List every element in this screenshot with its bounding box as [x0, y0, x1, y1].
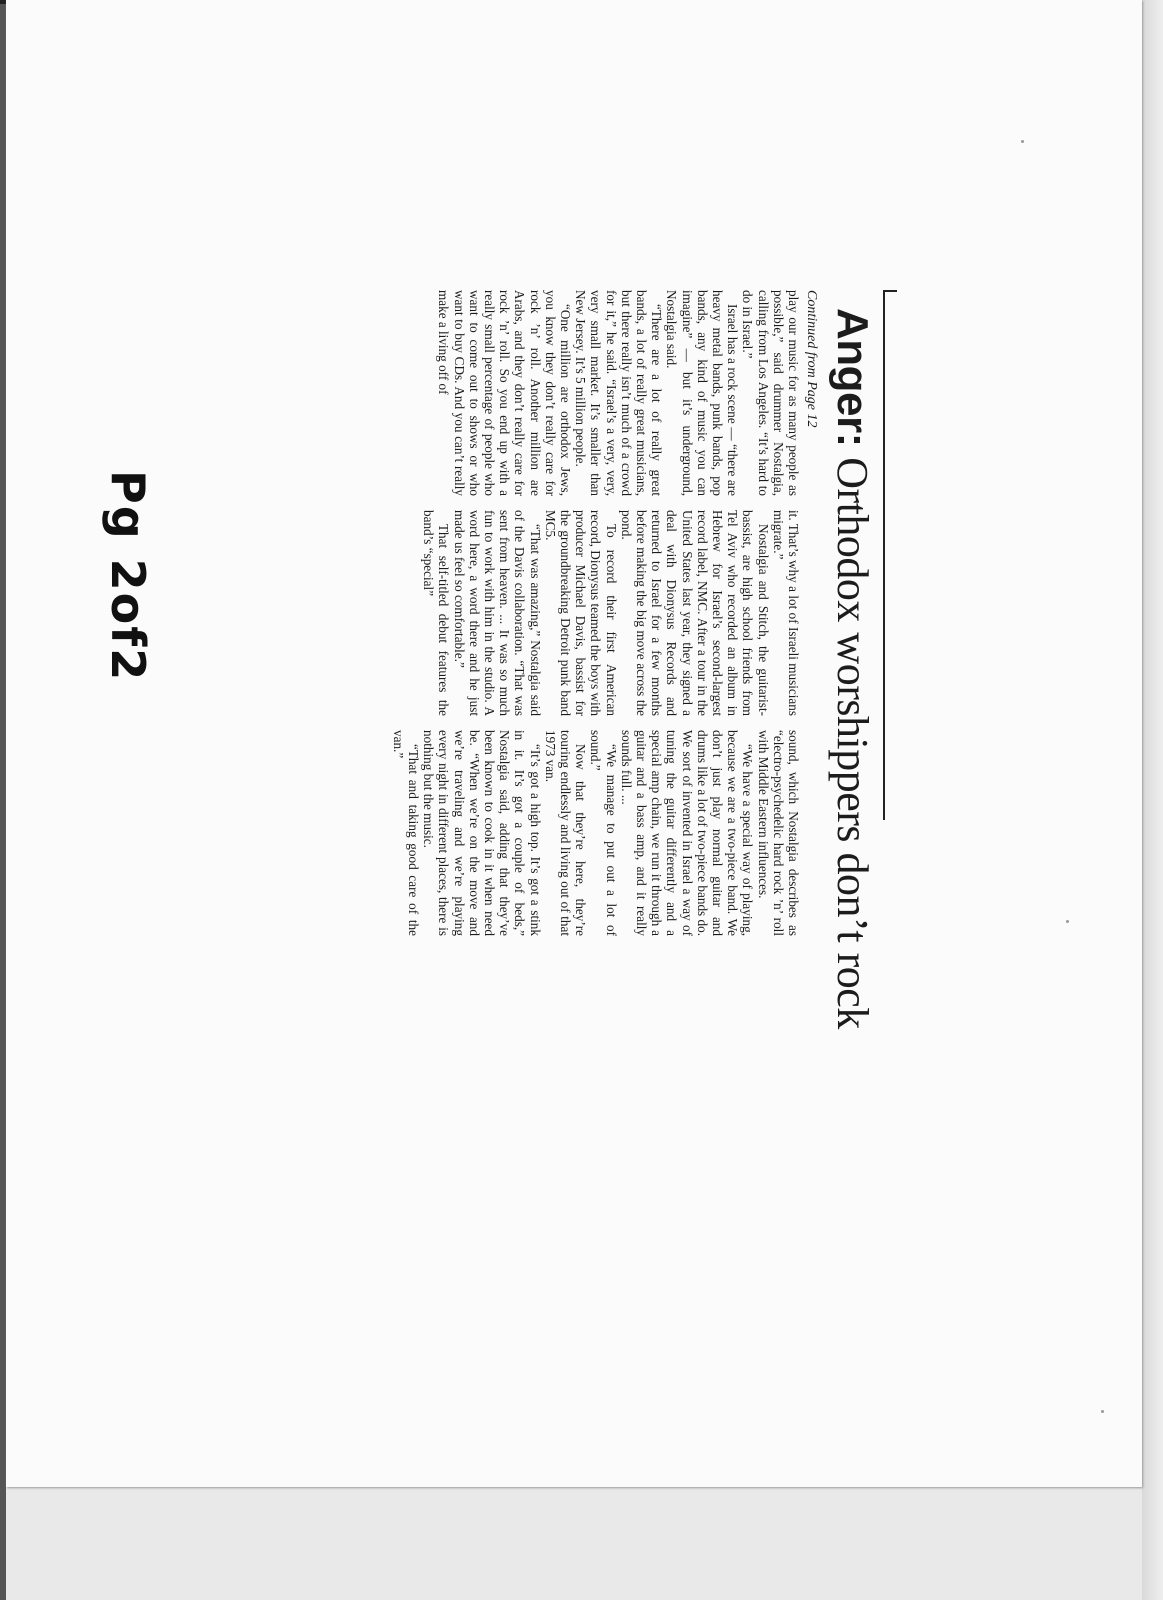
paragraph: play our music for as many people as pos… — [740, 290, 801, 496]
rule-tick — [885, 290, 897, 292]
handwritten-page-note: Pg 2of2 — [95, 470, 155, 680]
continued-from-line: Continued from Page 12 — [803, 290, 819, 428]
paper-speck — [1101, 1410, 1104, 1413]
page-shadow-edge — [1142, 0, 1163, 1600]
paragraph: “We have a special way of playing, becau… — [619, 730, 756, 936]
header-rule — [883, 290, 885, 820]
column-3: sound, which Nostalgia describes as “ele… — [391, 730, 801, 936]
paragraph: “One million are orthodox Jews, you know… — [436, 290, 573, 496]
paragraph: “That and taking good care of the van.” — [391, 730, 421, 936]
article-columns: play our music for as many people as pos… — [391, 290, 801, 936]
paragraph: Now that they’re here, they’re touring e… — [543, 730, 589, 936]
paragraph: To record their first American record, D… — [543, 510, 619, 716]
paragraph: it. That’s why a lot of Israeli musician… — [771, 510, 801, 716]
paragraph: “It’s got a high top. It’s got a stink i… — [421, 730, 543, 936]
handwritten-text: Pg 2of2 — [101, 470, 155, 682]
column-2: it. That’s why a lot of Israeli musician… — [391, 510, 801, 716]
newspaper-clipping: Anger: Orthodox worshippers don’t rock C… — [235, 290, 885, 1080]
paragraph: “There are a lot of really great bands, … — [573, 290, 664, 496]
column-1: play our music for as many people as pos… — [391, 290, 801, 496]
paragraph: “We manage to put out a lot of sound.” — [588, 730, 618, 936]
headline-title: Orthodox worshippers don’t rock — [828, 457, 877, 1029]
paragraph: Nostalgia and Stitch, the guitarist-bass… — [619, 510, 771, 716]
paragraph: “That was amazing,” Nostalgia said of th… — [451, 510, 542, 716]
headline: Anger: Orthodox worshippers don’t rock — [827, 308, 877, 1029]
paragraph: That self-titled debut features the band… — [421, 510, 451, 716]
headline-kicker: Anger: — [828, 308, 877, 447]
paragraph: Israel has a rock scene — “there are hea… — [664, 290, 740, 496]
paragraph: sound, which Nostalgia describes as “ele… — [755, 730, 801, 936]
paper-speck — [1021, 140, 1024, 143]
paper-speck — [1066, 920, 1069, 923]
